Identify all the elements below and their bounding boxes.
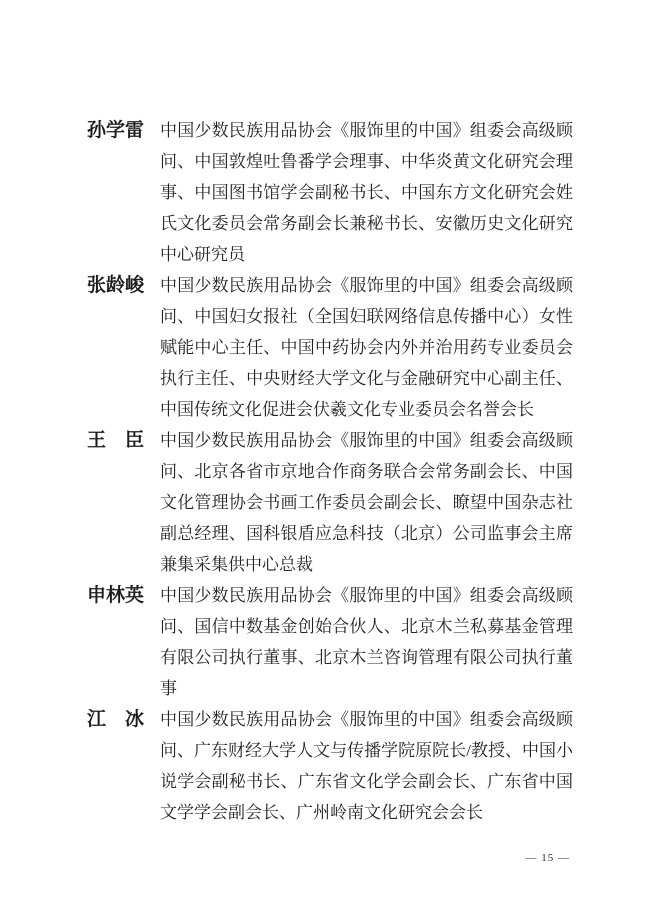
list-item: 孙学雷 中国少数民族用品协会《服饰里的中国》组委会高级顾问、中国敦煌吐鲁番学会理… <box>87 115 573 270</box>
entry-description: 中国少数民族用品协会《服饰里的中国》组委会高级顾问、北京各省市京地合作商务联合会… <box>160 425 573 580</box>
advisor-list: 孙学雷 中国少数民族用品协会《服饰里的中国》组委会高级顾问、中国敦煌吐鲁番学会理… <box>87 115 573 828</box>
entry-description: 中国少数民族用品协会《服饰里的中国》组委会高级顾问、广东财经大学人文与传播学院原… <box>160 704 573 828</box>
entry-name: 张龄峻 <box>87 270 144 301</box>
list-item: 江 冰 中国少数民族用品协会《服饰里的中国》组委会高级顾问、广东财经大学人文与传… <box>87 704 573 828</box>
document-page: 孙学雷 中国少数民族用品协会《服饰里的中国》组委会高级顾问、中国敦煌吐鲁番学会理… <box>0 0 650 919</box>
list-item: 申林英 中国少数民族用品协会《服饰里的中国》组委会高级顾问、国信中数基金创始合伙… <box>87 580 573 704</box>
entry-name: 申林英 <box>87 580 144 611</box>
entry-description: 中国少数民族用品协会《服饰里的中国》组委会高级顾问、中国妇女报社（全国妇联网络信… <box>160 270 573 425</box>
entry-name: 孙学雷 <box>87 115 144 146</box>
page-number: — 15 — <box>526 850 571 866</box>
list-item: 王 臣 中国少数民族用品协会《服饰里的中国》组委会高级顾问、北京各省市京地合作商… <box>87 425 573 580</box>
entry-description: 中国少数民族用品协会《服饰里的中国》组委会高级顾问、中国敦煌吐鲁番学会理事、中华… <box>160 115 573 270</box>
list-item: 张龄峻 中国少数民族用品协会《服饰里的中国》组委会高级顾问、中国妇女报社（全国妇… <box>87 270 573 425</box>
entry-name: 王 臣 <box>87 425 144 456</box>
entry-name: 江 冰 <box>87 704 144 735</box>
entry-description: 中国少数民族用品协会《服饰里的中国》组委会高级顾问、国信中数基金创始合伙人、北京… <box>160 580 573 704</box>
